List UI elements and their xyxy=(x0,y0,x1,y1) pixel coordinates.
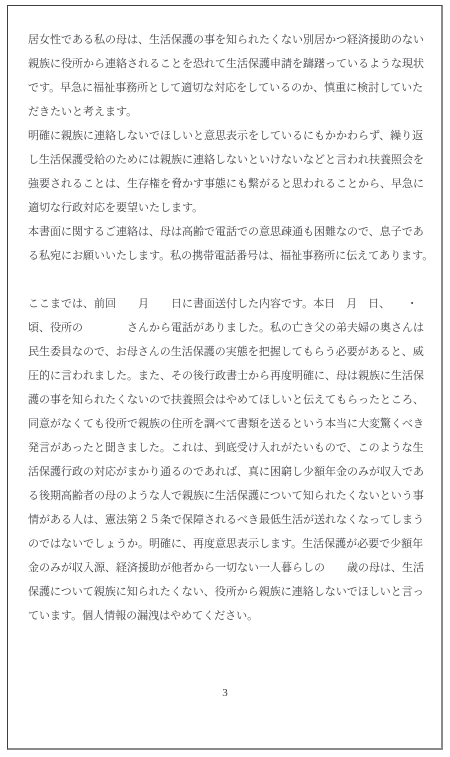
text-line: 保護について親族に知られたくない、役所から親族に連絡しないでほしいと言っ xyxy=(28,580,428,604)
text-line: ています。個人情報の漏洩はやめてください。 xyxy=(28,604,428,628)
text-line: です。早急に福祉事務所として適切な対応をしているのか、慎重に検討していた xyxy=(28,76,428,100)
document-body-text: 居女性である私の母は、生活保護の事を知られたくない別居かつ経済援助のない親族に役… xyxy=(28,28,428,628)
text-line: 護の事を知られたくないので扶養照会はやめてほしいと伝えてもらったところ、 xyxy=(28,388,428,412)
blank-line xyxy=(28,268,428,292)
text-line: る私宛にお願いいたします。私の携帯電話番号は、福祉事務所に伝えてあります。 xyxy=(28,244,428,268)
text-line: だきたいと考えます。 xyxy=(28,100,428,124)
text-line: 情がある人は、憲法第２５条で保障されるべき最低生活が送れなくなってしまう xyxy=(28,508,428,532)
text-line: し生活保護受給のためには親族に連絡しないといけないなどと言われ扶養照会を xyxy=(28,148,428,172)
text-line: 明確に親族に連絡しないでほしいと意思表示をしているにもかかわらず、繰り返 xyxy=(28,124,428,148)
text-line: 民生委員なので、お母さんの生活保護の実態を把握してもらう必要があると、威 xyxy=(28,340,428,364)
text-line: ここまでは、前回 月 日に書面送付した内容です。本日 月 日、 ・ xyxy=(28,292,428,316)
text-line: 頃、役所の さんから電話がありました。私の亡き父の弟夫婦の奥さんは xyxy=(28,316,428,340)
text-line: のではないでしょうか。明確に、再度意思表示します。生活保護が必要で少額年 xyxy=(28,532,428,556)
text-line: 本書面に関するご連絡は、母は高齢で電話での意思疎通も困難なので、息子であ xyxy=(28,220,428,244)
text-line: 強要されることは、生存権を脅かす事態にも繋がると思われることから、早急に xyxy=(28,172,428,196)
text-line: 圧的に言われました。また、その後行政書士から再度明確に、母は親族に生活保 xyxy=(28,364,428,388)
text-line: 親族に役所から連絡されることを恐れて生活保護申請を躊躇っているような現状 xyxy=(28,52,428,76)
text-line: 発言があったと聞きました。これは、到底受け入れがたいもので、このような生 xyxy=(28,436,428,460)
page-number: 3 xyxy=(0,681,450,705)
text-line: る後期高齢者の母のような人で親族に生活保護について知られたくないという事 xyxy=(28,484,428,508)
document-page: 居女性である私の母は、生活保護の事を知られたくない別居かつ経済援助のない親族に役… xyxy=(0,0,450,757)
text-line: 適切な行政対応を要望いたします。 xyxy=(28,196,428,220)
text-line: 同意がなくても役所で親族の住所を調べて書類を送るという本当に大変驚くべき xyxy=(28,412,428,436)
text-line: 活保護行政の対応がまかり通るのであれば、真に困窮し少額年金のみが収入であ xyxy=(28,460,428,484)
text-line: 居女性である私の母は、生活保護の事を知られたくない別居かつ経済援助のない xyxy=(28,28,428,52)
text-line: 金のみが収入源、経済援助が他者から一切ない一人暮らしの 歳の母は、生活 xyxy=(28,556,428,580)
